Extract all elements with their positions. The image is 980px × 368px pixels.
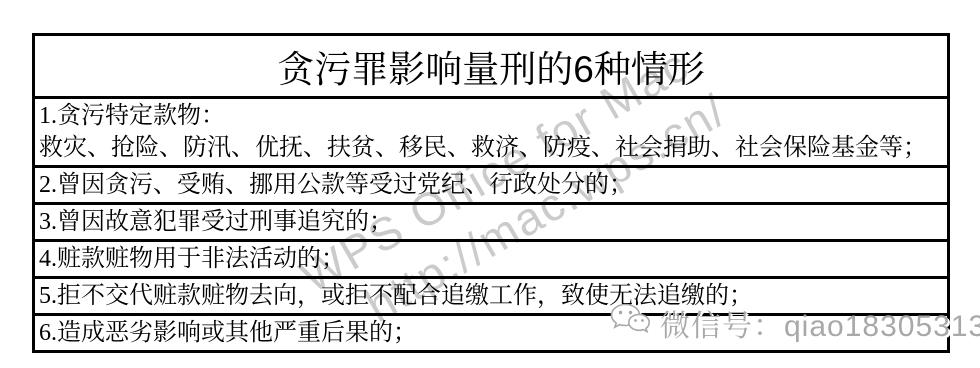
table-title: 贪污罪影响量刑的6种情形 [35, 36, 947, 96]
table-row: 2.曾因贪污、受贿、挪用公款等受过党纪、行政处分的； [35, 165, 947, 202]
table-row: 4.赃款赃物用于非法活动的； [35, 239, 947, 276]
table-row: 1.贪污特定款物： 救灾、抢险、防汛、优抚、扶贫、移民、救济、防疫、社会捐助、社… [35, 96, 947, 165]
wechat-id-text: 微信号：qiao18305313373 [660, 301, 980, 345]
table-row: 3.曾因故意犯罪受过刑事追究的； [35, 202, 947, 239]
wechat-watermark: 微信号：qiao18305313373 [608, 301, 980, 345]
row-text: 4.赃款赃物用于非法活动的； [39, 243, 944, 275]
row-text: 3.曾因故意犯罪受过刑事追究的； [39, 206, 944, 238]
row-text: 1.贪污特定款物： [39, 100, 944, 132]
document-page: WPS Office for Mac http://mac.wps.cn/ 贪污… [0, 0, 980, 368]
row-text: 2.曾因贪污、受贿、挪用公款等受过党纪、行政处分的； [39, 169, 944, 201]
row-text: 救灾、抢险、防汛、优抚、扶贫、移民、救济、防疫、社会捐助、社会保险基金等； [39, 132, 944, 164]
wechat-icon [608, 301, 652, 345]
